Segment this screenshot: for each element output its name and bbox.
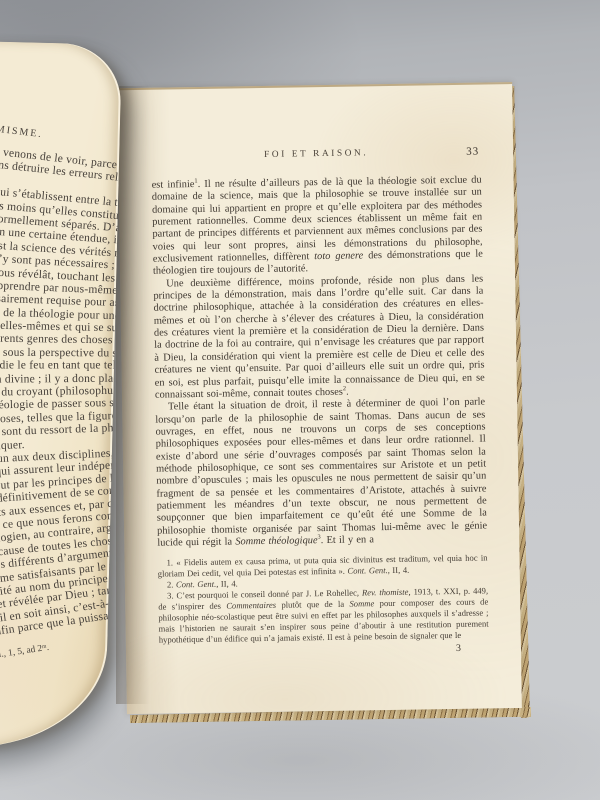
paragraph: Telle étant la situation de droit, il re… [155, 397, 487, 550]
paragraph: est infinie1. Il ne résulte d’ailleurs p… [152, 175, 484, 279]
page-header-row: FOI ET RAISON. 33 [151, 147, 481, 167]
footnote: 3. C’est pourquoi le conseil donné par J… [158, 586, 489, 646]
left-page-lines: s venons de le voir, parce quins détruir… [0, 145, 122, 644]
right-page-content: FOI ET RAISON. 33 est infinie1. Il ne ré… [151, 147, 489, 659]
left-page-line: tudie le feu en tant que tel, le f [0, 359, 122, 372]
page-number: 33 [466, 146, 479, 158]
right-page: FOI ET RAISON. 33 est infinie1. Il ne ré… [117, 82, 522, 714]
signature-mark: 3 [159, 642, 489, 658]
body-text: est infinie1. Il ne résulte d’ailleurs p… [152, 175, 488, 550]
photo-of-open-book: FOI ET RAISON. 33 est infinie1. Il ne ré… [0, 0, 600, 800]
running-header: FOI ET RAISON. [151, 147, 481, 162]
paragraph: Une deuxième différence, moins profonde,… [153, 273, 485, 402]
left-page-content: MISME. s venons de le voir, parce quins … [0, 124, 122, 667]
footnotes: 1. « Fidelis autem ex causa prima, ut pu… [158, 553, 489, 645]
left-page: MISME. s venons de le voir, parce quins … [0, 40, 122, 751]
right-page-block: FOI ET RAISON. 33 est infinie1. Il ne ré… [117, 82, 522, 714]
